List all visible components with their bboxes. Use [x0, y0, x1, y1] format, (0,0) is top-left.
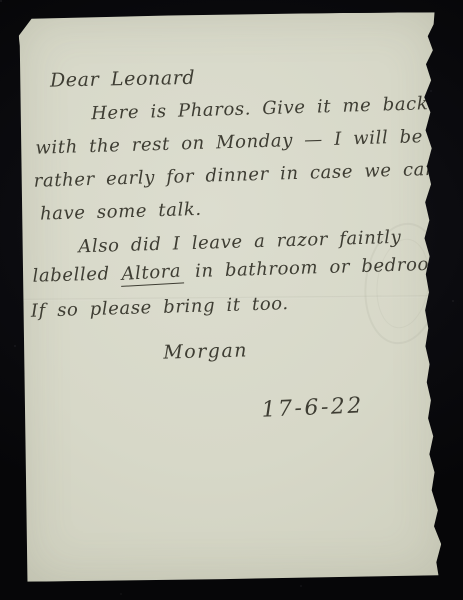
date: 17-6-22	[261, 393, 364, 422]
postscript-line-3: If so please bring it too.	[31, 293, 289, 322]
salutation: Dear Leonard	[50, 67, 196, 92]
body-line-3: rather early for dinner in case we can	[33, 159, 437, 192]
dust-speckles	[0, 0, 2, 2]
signature: Morgan	[163, 339, 248, 363]
postscript-line-2-pre: labelled	[32, 263, 121, 287]
body-line-2: with the rest on Monday — I will be	[35, 126, 423, 158]
photo-background: Dear Leonard Here is Pharos. Give it me …	[0, 0, 463, 600]
body-line-1: Here is Pharos. Give it me back	[91, 93, 429, 124]
underlined-word: Altora	[120, 260, 184, 286]
letter-paper: Dear Leonard Here is Pharos. Give it me …	[19, 12, 444, 582]
postscript-line-1: Also did I leave a razor faintly	[78, 227, 402, 258]
body-line-4: have some talk.	[40, 199, 202, 225]
